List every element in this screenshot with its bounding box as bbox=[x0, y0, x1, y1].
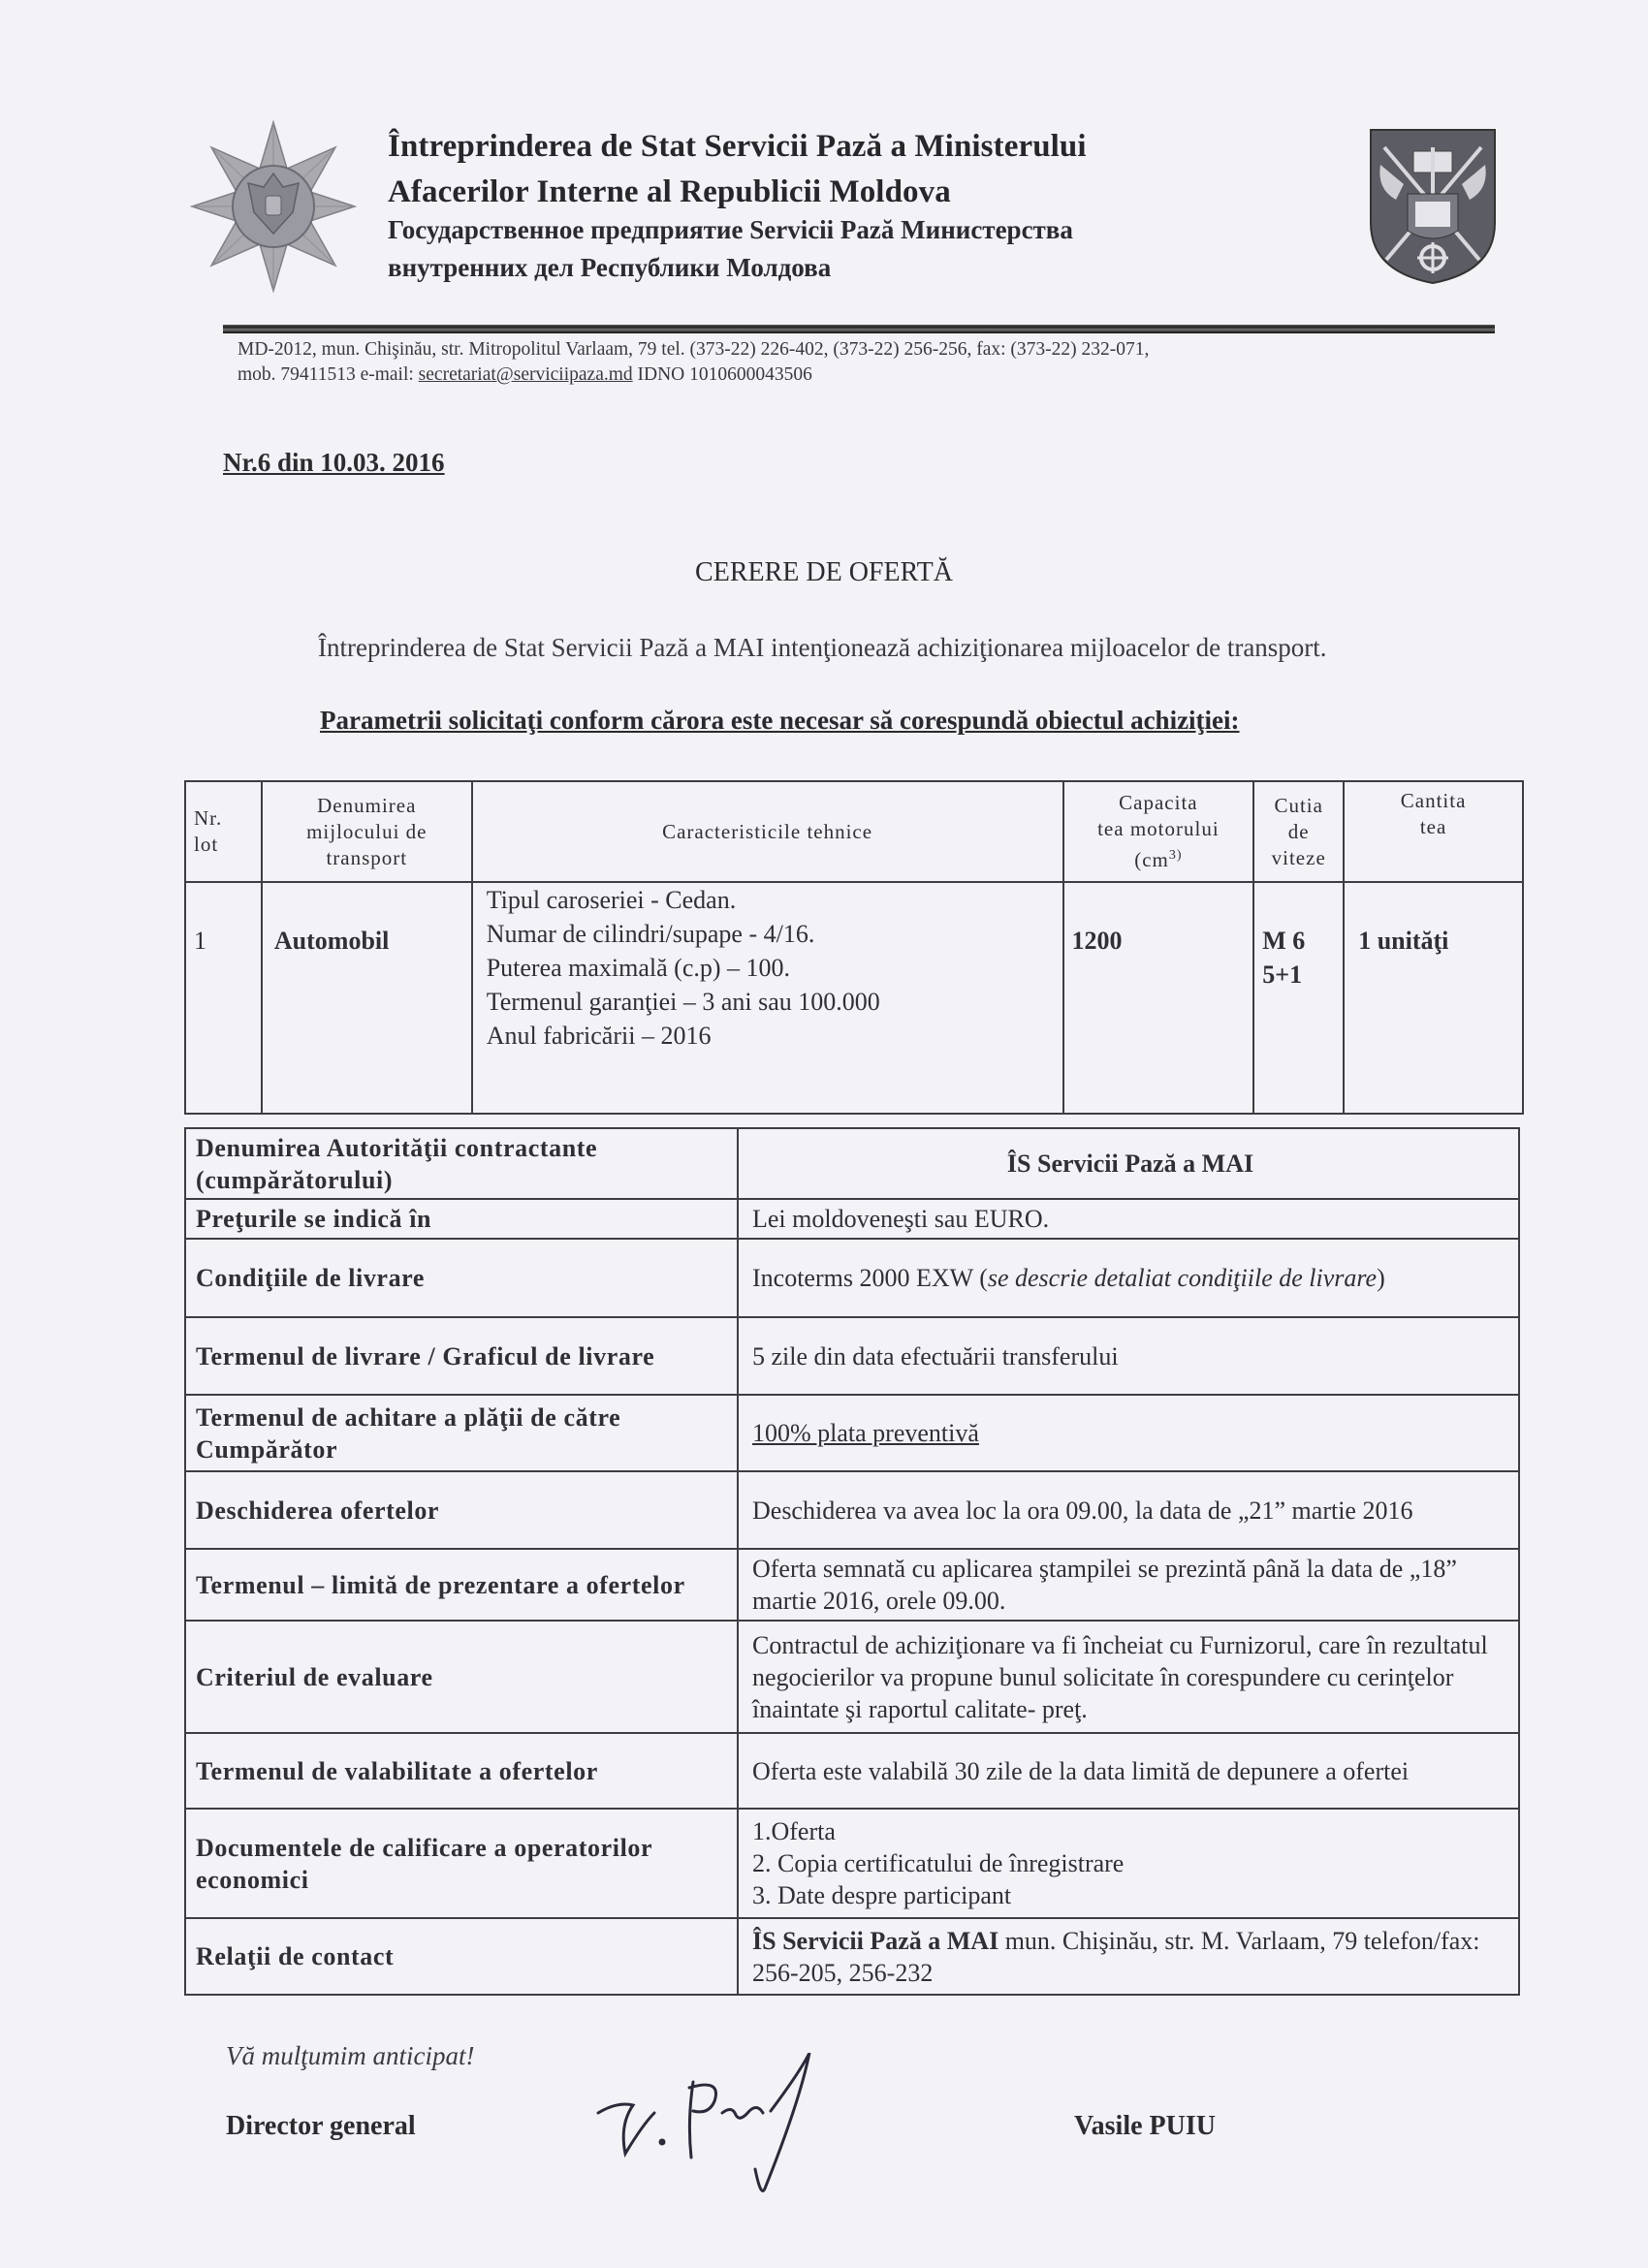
table-row: Condiţiile de livrare Incoterms 2000 EXW… bbox=[185, 1239, 1519, 1317]
row-value: 1.Oferta 2. Copia certificatului de înre… bbox=[738, 1809, 1519, 1918]
row-label: Denumirea Autorităţii contractante (cump… bbox=[185, 1128, 738, 1199]
signer-name: Vasile PUIU bbox=[1074, 2111, 1216, 2142]
row-value: ÎS Servicii Pază a MAI mun. Chişinău, st… bbox=[738, 1918, 1519, 1995]
row-label: Termenul de valabilitate a ofertelor bbox=[185, 1733, 738, 1809]
col-specs: Caracteristicile tehnice bbox=[472, 781, 1063, 882]
col-nr-lot: Nr.lot bbox=[185, 781, 262, 882]
table-row: Termenul – limită de prezentare a oferte… bbox=[185, 1549, 1519, 1621]
row-value: Deschiderea va avea loc la ora 09.00, la… bbox=[738, 1471, 1519, 1549]
row-value: Oferta semnată cu aplicarea ştampilei se… bbox=[738, 1549, 1519, 1621]
star-emblem-icon bbox=[190, 120, 357, 293]
contact-line-2: mob. 79411513 e-mail: secretariat@servic… bbox=[238, 362, 1149, 388]
row-label: Preţurile se indică în bbox=[185, 1199, 738, 1239]
row-label: Deschiderea ofertelor bbox=[185, 1471, 738, 1549]
coat-of-arms-shield-icon bbox=[1367, 126, 1499, 286]
header-divider bbox=[223, 325, 1495, 333]
row-label: Termenul de livrare / Graficul de livrar… bbox=[185, 1317, 738, 1395]
row-label: Relaţii de contact bbox=[185, 1918, 738, 1995]
mobile-and-email-label: mob. 79411513 e-mail: bbox=[238, 364, 419, 385]
table-row: 1 Automobil Tipul caroseriei - Cedan. Nu… bbox=[185, 882, 1523, 1114]
row-label: Termenul de achitare a plăţii de către C… bbox=[185, 1395, 738, 1471]
idno: IDNO 1010600043506 bbox=[633, 364, 812, 385]
engine-capacity-value: 1200 bbox=[1063, 882, 1254, 1114]
row-label: Documentele de calificare a operatorilor… bbox=[185, 1809, 738, 1918]
row-value: Lei moldoveneşti sau EURO. bbox=[738, 1199, 1519, 1239]
vehicle-name: Automobil bbox=[262, 882, 472, 1114]
table-row: Deschiderea ofertelor Deschiderea va ave… bbox=[185, 1471, 1519, 1549]
table-row: Denumirea Autorităţii contractante (cump… bbox=[185, 1128, 1519, 1199]
quantity-value: 1 unităţi bbox=[1344, 882, 1523, 1114]
row-label: Condiţiile de livrare bbox=[185, 1239, 738, 1317]
row-value: 5 zile din data efectuării transferului bbox=[738, 1317, 1519, 1395]
row-value: ÎS Servicii Pază a MAI bbox=[738, 1128, 1519, 1199]
intro-paragraph: Întreprinderea de Stat Servicii Pază a M… bbox=[223, 628, 1561, 667]
lot-number: 1 bbox=[185, 882, 262, 1114]
org-name-ro-line2: Afacerilor Interne al Republicii Moldova bbox=[388, 170, 1087, 215]
col-vehicle-name: Denumireamijlocului detransport bbox=[262, 781, 472, 882]
org-name-ru-line2: внутренних дел Республики Молдова bbox=[388, 249, 1073, 287]
table-row: Termenul de valabilitate a ofertelor Ofe… bbox=[185, 1733, 1519, 1809]
contact-address-phones: MD-2012, mun. Chişinău, str. Mitropolitu… bbox=[238, 337, 1149, 362]
document-title: CERERE DE OFERTĂ bbox=[0, 557, 1648, 588]
row-value: 100% plata preventivă bbox=[738, 1395, 1519, 1471]
row-value: Oferta este valabilă 30 zile de la data … bbox=[738, 1733, 1519, 1809]
table-row: Documentele de calificare a operatorilor… bbox=[185, 1809, 1519, 1918]
conditions-table: Denumirea Autorităţii contractante (cump… bbox=[184, 1127, 1520, 1996]
row-value: Contractul de achiziţionare va fi închei… bbox=[738, 1621, 1519, 1733]
contact-info: MD-2012, mun. Chişinău, str. Mitropolitu… bbox=[238, 337, 1149, 388]
technical-specs: Tipul caroseriei - Cedan. Numar de cilin… bbox=[472, 882, 1063, 1114]
organization-name-ru: Государственное предприятие Servicii Paz… bbox=[388, 211, 1073, 287]
row-value: Incoterms 2000 EXW (se descrie detaliat … bbox=[738, 1239, 1519, 1317]
handwritten-signature-icon bbox=[586, 2053, 877, 2198]
table-row: Criteriul de evaluare Contractul de achi… bbox=[185, 1621, 1519, 1733]
org-name-ro-line1: Întreprinderea de Stat Servicii Pază a M… bbox=[388, 124, 1087, 170]
email-link[interactable]: secretariat@serviciipaza.md bbox=[419, 364, 633, 385]
col-engine-capacity: Capacitatea motorului(cm3) bbox=[1063, 781, 1254, 882]
organization-name-ro: Întreprinderea de Stat Servicii Pază a M… bbox=[388, 124, 1087, 215]
closing-thanks: Vă mulţumim anticipat! bbox=[226, 2041, 474, 2071]
signer-role: Director general bbox=[226, 2111, 416, 2142]
table-row: Termenul de livrare / Graficul de livrar… bbox=[185, 1317, 1519, 1395]
col-gearbox: Cutiadeviteze bbox=[1253, 781, 1344, 882]
gearbox-value: M 65+1 bbox=[1253, 882, 1344, 1114]
table-row: Preţurile se indică în Lei moldoveneşti … bbox=[185, 1199, 1519, 1239]
row-label: Termenul – limită de prezentare a oferte… bbox=[185, 1549, 738, 1621]
col-quantity: Cantitatea bbox=[1344, 781, 1523, 882]
lots-table-header: Nr.lot Denumireamijlocului detransport C… bbox=[185, 781, 1523, 882]
org-name-ru-line1: Государственное предприятие Servicii Paz… bbox=[388, 211, 1073, 249]
lots-table: Nr.lot Denumireamijlocului detransport C… bbox=[184, 780, 1524, 1115]
document-number: Nr.6 din 10.03. 2016 bbox=[223, 448, 445, 478]
parameters-heading: Parametrii solicitaţi conform cărora est… bbox=[320, 706, 1240, 736]
table-row: Relaţii de contact ÎS Servicii Pază a MA… bbox=[185, 1918, 1519, 1995]
row-label: Criteriul de evaluare bbox=[185, 1621, 738, 1733]
table-row: Termenul de achitare a plăţii de către C… bbox=[185, 1395, 1519, 1471]
